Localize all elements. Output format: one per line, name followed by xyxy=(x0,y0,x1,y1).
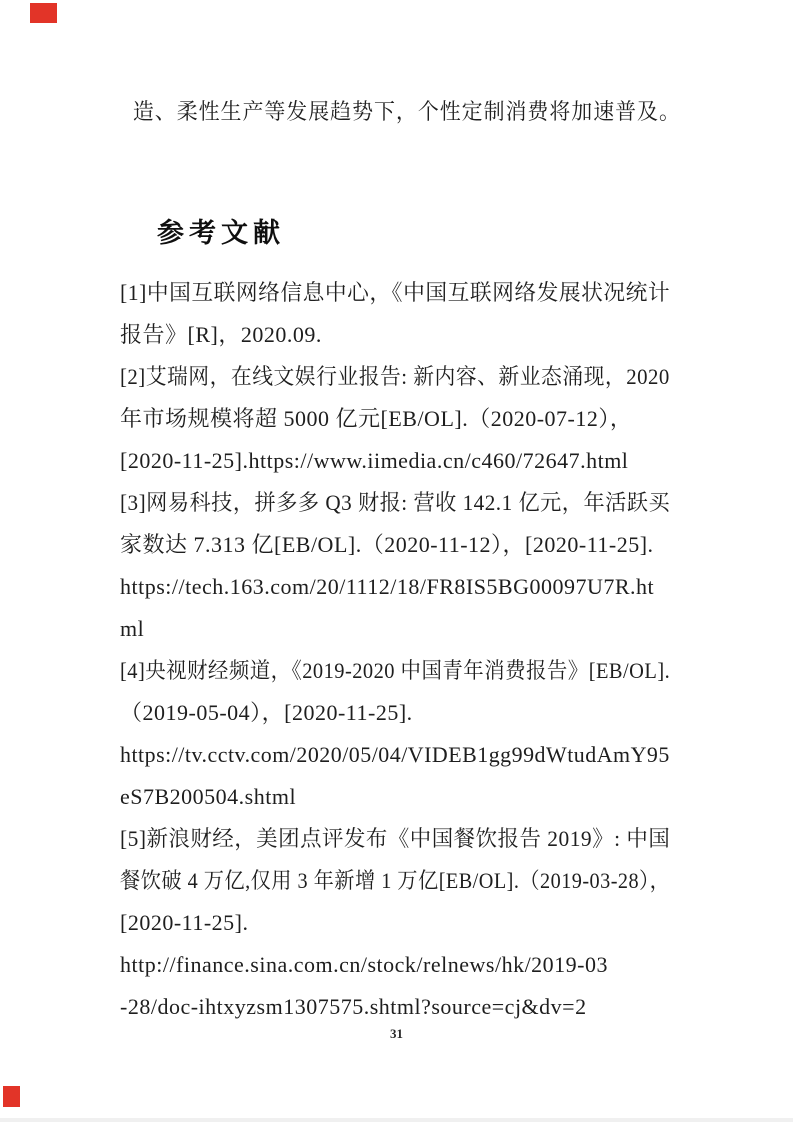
reference-line: http://finance.sina.com.cn/stock/relnews… xyxy=(120,944,670,986)
reference-line: 餐饮破 4 万亿,仅用 3 年新增 1 万亿[EB/OL].（2019-03-2… xyxy=(120,860,626,902)
red-corner-mark-bottom-left xyxy=(3,1086,20,1107)
reference-line: [2020-11-25]. xyxy=(120,902,670,944)
intro-paragraph: 造、柔性生产等发展趋势下，个性定制消费将加速普及。 xyxy=(133,94,655,130)
page-bottom-edge xyxy=(0,1118,793,1122)
reference-line: 报告》[R]，2020.09. xyxy=(120,314,670,356)
reference-line: [5]新浪财经，美团点评发布《中国餐饮报告 2019》: 中国 xyxy=(120,818,656,860)
reference-line: （2019-05-04），[2020-11-25]. xyxy=(120,692,670,734)
reference-line: ml xyxy=(120,608,670,650)
reference-line: [3]网易科技，拼多多 Q3 财报: 营收 142.1 亿元，年活跃买 xyxy=(120,482,650,524)
reference-line: [2]艾瑞网，在线文娱行业报告: 新内容、新业态涌现，2020 xyxy=(120,356,641,398)
page-number: 31 xyxy=(0,1026,793,1042)
references-heading: 参考文献 xyxy=(157,211,285,250)
reference-entry: [1]中国互联网络信息中心，《中国互联网络发展状况统计报告》[R]，2020.0… xyxy=(120,272,670,356)
reference-line: -28/doc-ihtxyzsm1307575.shtml?source=cj&… xyxy=(120,986,670,1028)
document-page: 造、柔性生产等发展趋势下，个性定制消费将加速普及。 参考文献 [1]中国互联网络… xyxy=(0,0,793,1122)
reference-entry: [3]网易科技，拼多多 Q3 财报: 营收 142.1 亿元，年活跃买家数达 7… xyxy=(120,482,670,650)
reference-line: [2020-11-25].https://www.iimedia.cn/c460… xyxy=(120,440,670,482)
reference-line: https://tech.163.com/20/1112/18/FR8IS5BG… xyxy=(120,566,670,608)
reference-line: eS7B200504.shtml xyxy=(120,776,670,818)
reference-line: https://tv.cctv.com/2020/05/04/VIDEB1gg9… xyxy=(120,734,668,776)
references-list: [1]中国互联网络信息中心，《中国互联网络发展状况统计报告》[R]，2020.0… xyxy=(120,272,670,1028)
reference-line: 年市场规模将超 5000 亿元[EB/OL].（2020-07-12）， xyxy=(120,398,670,440)
reference-entry: [5]新浪财经，美团点评发布《中国餐饮报告 2019》: 中国餐饮破 4 万亿,… xyxy=(120,818,670,1028)
reference-entry: [2]艾瑞网，在线文娱行业报告: 新内容、新业态涌现，2020年市场规模将超 5… xyxy=(120,356,670,482)
reference-line: [4]央视财经频道，《2019-2020 中国青年消费报告》[EB/OL]. xyxy=(120,650,631,692)
reference-line: 家数达 7.313 亿[EB/OL].（2020-11-12），[2020-11… xyxy=(120,524,670,566)
red-corner-mark-top-left xyxy=(30,3,57,23)
reference-entry: [4]央视财经频道，《2019-2020 中国青年消费报告》[EB/OL].（2… xyxy=(120,650,670,818)
reference-line: [1]中国互联网络信息中心，《中国互联网络发展状况统计 xyxy=(120,272,664,314)
